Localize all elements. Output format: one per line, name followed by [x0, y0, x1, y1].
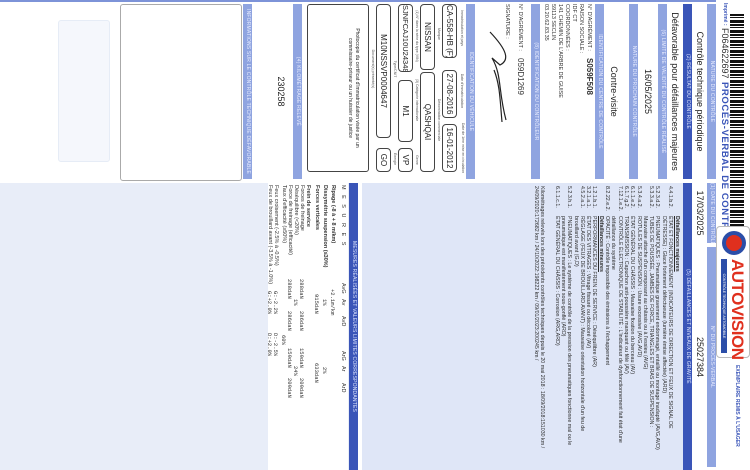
- genre-caption: Genre: [415, 150, 419, 170]
- docs-box: Photocopie du certificat d'immatriculati…: [307, 4, 369, 172]
- desequilibre-av: 1%: [292, 299, 299, 306]
- first-reg-caption: Date d'immatriculation: [460, 66, 464, 116]
- desequilibre-ar: 24%: [292, 366, 299, 376]
- centre-phone: 03.20.62.83.35: [543, 4, 549, 41]
- nature-label: NATURE DU CONTRÔLE: [707, 4, 716, 179]
- km-history: Kilométrages relevés lors des précédents…: [533, 186, 546, 456]
- major-defects-list: 4.4.1.b.2.ÉTAT ET FONCTIONNEMENT (INDICA…: [533, 186, 673, 468]
- force-eff-avg: 288daN: [286, 279, 293, 299]
- centre-city: 59113 SECLIN: [550, 4, 556, 40]
- controller-signature: [482, 30, 512, 125]
- forces-label: Forces verticales: [314, 185, 320, 230]
- docs-text: Photocopie du certificat d'immatriculati…: [339, 5, 368, 171]
- result-label: (2) RÉSULTAT DU CONTRÔLE: [683, 4, 692, 179]
- centre-raison-label: RAISON SOCIALE :: [578, 4, 584, 54]
- croisement-g: G:-2.2%: [272, 291, 279, 314]
- copy-note: EXEMPLAIRE REMIS À L'USAGER: [734, 365, 740, 447]
- result-value: Défavorable pour défaillances majeures: [670, 4, 680, 179]
- logo-emblem-icon: [722, 231, 746, 255]
- nature-value: Contrôle technique périodique: [695, 4, 705, 179]
- measures-label: MESURES RÉALISÉES ET VALEURS LIMITES COR…: [349, 183, 358, 470]
- controller-agrement-label: N° D'AGRÉMENT :: [517, 4, 523, 51]
- defect-item: 1.2.1.b.1.PERFORMANCES DU FREIN DE SERVI…: [591, 186, 597, 468]
- type-value: M10NSSVP0004647: [376, 4, 391, 138]
- dissym-av: 1%: [321, 299, 328, 306]
- controller-agrement-value: 059D1269: [516, 58, 525, 95]
- force-eff-label: Force de freinage (efficacité): [287, 185, 293, 255]
- centre-label: IDENTIFICATION DU CENTRE DE CONTRÔLE: [595, 4, 604, 179]
- defect-item: 5.2.3.h.1.PNEUMATIQUES : Le système de c…: [560, 186, 573, 468]
- defect-item: 6.1.1.e.2.ÉTAT GÉNÉRAL DU CHÂSSIS : Mauv…: [629, 186, 635, 468]
- defect-item: 6.1.7.g.2.TRANSMISSION : Capuchon anti-p…: [623, 186, 629, 468]
- centre-address: 141 CHEMIN DE L'ARBRE DE GUISE: [557, 4, 563, 98]
- ripage-label: Ripage (-8 à + 8 m/km): [330, 185, 336, 243]
- vehicle-label: IDENTIFICATION DU VÉHICULE: [466, 4, 475, 179]
- first-circ-caption: Date de 1ère mise en circulation: [461, 120, 465, 176]
- ripage-av: +2.1m/km: [329, 289, 336, 315]
- defect-item: 5.3.4.a.2.ROTULES DE SUSPENSION : Usure …: [635, 186, 641, 468]
- centre-agrement-label: N° D'AGRÉMENT :: [586, 4, 592, 51]
- brouillard-d: D:+2.0%: [266, 333, 273, 356]
- date-label: (1) DATE DU CONTRÔLE: [707, 183, 716, 243]
- croisement-d: D:-2.5%: [272, 333, 279, 356]
- desequilibre-label: Déséquilibre (<20%): [293, 185, 299, 235]
- vin-value: SJNFCAJ10U2434852: [398, 4, 413, 72]
- genre-value: VP: [398, 148, 413, 172]
- col-avg: AvG: [340, 283, 346, 294]
- denom-value: QASHQAI: [420, 72, 435, 172]
- taux-value: 60%: [280, 335, 287, 345]
- barcode: [730, 14, 744, 244]
- next-control-value: Contre-visite: [609, 4, 619, 179]
- dissym-label: Dissymétrie suspension (≤30%): [322, 185, 328, 268]
- immat-caption: Immatriculation et pays: [460, 4, 464, 52]
- col-arg: ArG: [340, 351, 346, 361]
- defect-item: 3.2.1.a.1.ÉTAT DES VITRAGES : Vitrage fi…: [585, 186, 591, 468]
- info-box: [120, 4, 242, 181]
- left-column-strip: [0, 0, 716, 2]
- col-ard: ArD: [340, 383, 346, 392]
- major-defects-title: Défaillances majeures: [674, 216, 680, 272]
- forces-frein-label: Forces de freinage: [299, 185, 305, 231]
- force-eff-ard: 209daN: [286, 378, 293, 398]
- defect-item: 7.12.1.e.2.CONTRÔLE ÉLECTRONIQUE DE STAB…: [610, 186, 623, 468]
- logo-text: AUTOVISION: [727, 259, 747, 359]
- brouillard-label: Feux de brouillard avant (-3.5% à -1.0%): [267, 185, 273, 284]
- taux-label: Taux d'efficacité (≥50%): [281, 185, 287, 243]
- printed-number: F064622697: [720, 28, 730, 79]
- next-control-label: NATURE DU PROCHAIN CONTRÔLE: [629, 4, 638, 179]
- type-caption: Type/CNIT: [393, 4, 397, 134]
- energie-value: GO: [376, 148, 391, 172]
- frein-label: Frein de service: [305, 185, 311, 227]
- centre-agrement-value: S059F508: [585, 58, 594, 95]
- denom-caption: Dénomination commerciale: [437, 70, 441, 170]
- forces-ar: 633daN: [313, 363, 320, 383]
- energie-caption: Énergie: [393, 148, 397, 170]
- first-circ-value: 16-01-2012: [442, 124, 457, 172]
- km-value: 230258: [276, 4, 286, 179]
- km-label: (4) KILOMÉTRAGE RELEVÉ: [293, 4, 302, 179]
- docs-caption: Document(s) présenté(s): [371, 4, 375, 134]
- brouillard-g: G:+2.0%: [266, 291, 273, 314]
- dissym-ar: 2%: [321, 367, 328, 374]
- defects-label: (5) DÉFAILLANCES ET NIVEAUX DE GRAVITÉ: [683, 183, 692, 470]
- forces-frein-avg: 288daN: [298, 279, 305, 299]
- forces-frein-ard: 209daN: [298, 378, 305, 398]
- logo-subtext: CONTRÔLE TECHNIQUE AUTOMOBILE: [721, 259, 727, 353]
- force-eff-avd: 286daN: [286, 311, 293, 331]
- defect-item: 5.3.3.a.2.TUBES DE POUSSÉE, JAMBES DE FO…: [642, 186, 655, 468]
- defect-item: 8.2.22.e.2.OPACITÉ : Contrôle impossible…: [604, 186, 610, 468]
- printed-label: Imprimé :: [722, 3, 728, 26]
- marque-caption: Marque: [437, 4, 441, 64]
- defect-item: 5.2.3.d.2.PNEUMATIQUES : Pneumatique gra…: [654, 186, 660, 468]
- stamp-box: [58, 20, 110, 162]
- marque-value: NISSAN: [420, 4, 435, 70]
- category-caption: (3) Catégorie internationale: [415, 72, 419, 128]
- forces-frein-avd: 286daN: [298, 311, 305, 331]
- centre-coords-label: COORDONNÉES :: [564, 4, 570, 51]
- immat-value: CA-558-HB (F): [442, 4, 457, 58]
- date-value: 17/03/2025: [695, 183, 705, 243]
- validity-label: (6) LIMITE DE VALIDITÉ DU CONTRÔLE RÉALI…: [658, 4, 667, 179]
- forces-av: 915daN: [313, 294, 320, 314]
- measures-header: M E S U R E S: [340, 185, 346, 247]
- croisement-label: Feux croisement (-2.5% à -0.5%): [273, 185, 279, 266]
- defect-item: 4.5.2.a.1.RÉGLAGE (FEUX DE BROUILLARD AV…: [572, 186, 585, 468]
- defect-item: 6.1.1.c.1.ÉTAT GÉNÉRAL DU CHÂSSIS : Corr…: [553, 186, 559, 468]
- vin-caption: (1) N° dans la série du type (VIN): [415, 4, 419, 68]
- centre-raison-value: IDF CT: [571, 4, 577, 22]
- autovision-logo: AUTOVISION CONTRÔLE TECHNIQUE AUTOMOBILE: [716, 226, 750, 358]
- inspection-report-page: Imprimé : F064622697 PROCÈS-VERBAL DE CO…: [0, 0, 750, 470]
- category-value: M1: [398, 80, 413, 142]
- col-av: Av: [340, 299, 346, 305]
- col-avd: AvD: [340, 316, 346, 326]
- info-label: INFORMATIONS SUR LE CONTRÔLE TECHNIQUE D…: [243, 4, 252, 179]
- forces-frein-arg: 159daN: [298, 348, 305, 368]
- first-reg-value: 27-08-2016: [442, 70, 457, 118]
- defect-item: 4.4.1.b.2.ÉTAT ET FONCTIONNEMENT (INDICA…: [660, 186, 673, 468]
- pv-number-label: N° DU PROCÈS-VERBAL: [707, 247, 716, 467]
- force-eff-arg: 159daN: [286, 348, 293, 368]
- pv-number-value: 25027384: [695, 247, 705, 467]
- validity-value: 16/05/2025: [643, 4, 653, 179]
- col-ar: Ar: [340, 366, 346, 372]
- controller-label: (8) IDENTIFICATION DU CONTRÔLEUR: [531, 4, 540, 179]
- measures-table: M E S U R E S AvG Av AvD ArG Ar ArD Ripa…: [268, 183, 348, 470]
